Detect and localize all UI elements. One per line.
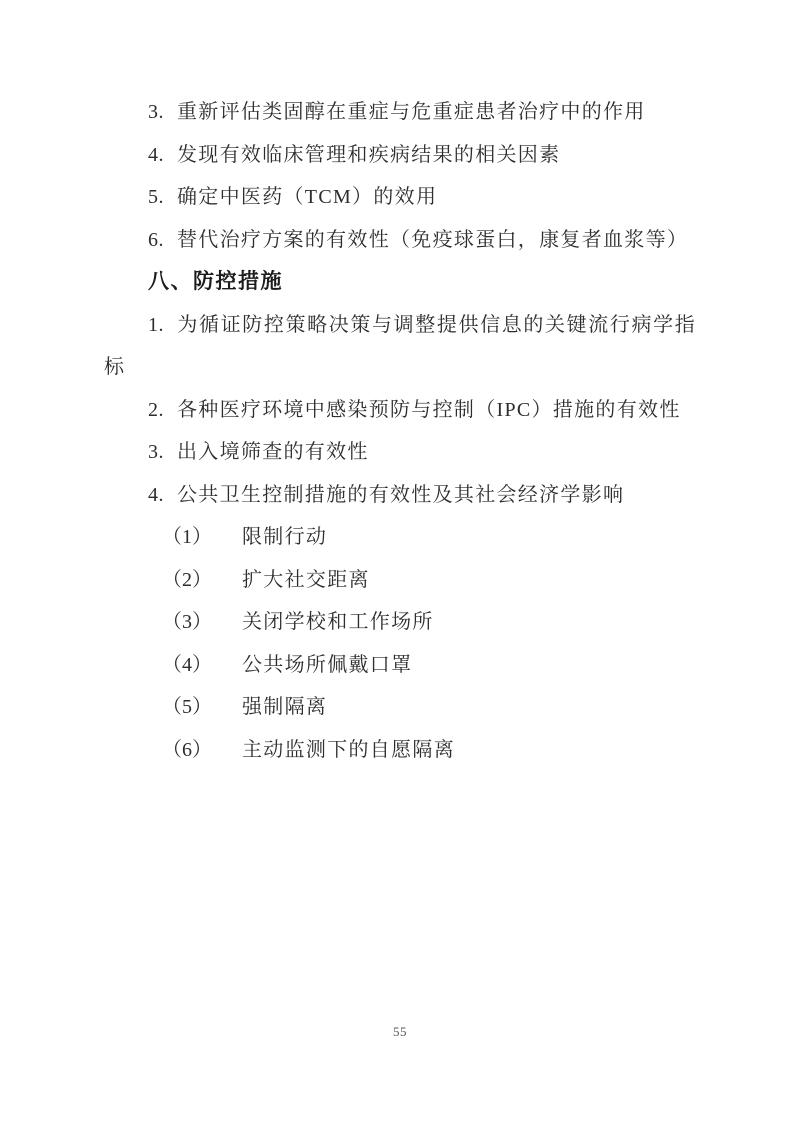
- list-item-number: 2.: [148, 399, 164, 421]
- list-item-text: 发现有效临床管理和疾病结果的相关因素: [177, 144, 560, 166]
- sub-list-item-text: 关闭学校和工作场所: [242, 611, 434, 633]
- list-item-text: 出入境筛查的有效性: [177, 441, 369, 463]
- list-item-text: 各种医疗环境中感染预防与控制（IPC）措施的有效性: [177, 399, 681, 421]
- section-heading: 八、防控措施: [104, 261, 696, 304]
- list-item: 3.重新评估类固醇在重症与危重症患者治疗中的作用: [104, 91, 696, 134]
- sub-list-item: （4）公共场所佩戴口罩: [104, 644, 696, 687]
- list-item: 2.各种医疗环境中感染预防与控制（IPC）措施的有效性: [104, 389, 696, 432]
- sub-list-item: （2）扩大社交距离: [104, 559, 696, 602]
- list-item: 1.为循证防控策略决策与调整提供信息的关键流行病学指标: [104, 304, 696, 389]
- list-item-text: 公共卫生控制措施的有效性及其社会经济学影响: [177, 484, 624, 506]
- sub-list-item-number: （2）: [162, 569, 212, 591]
- sub-list-item-number: （3）: [162, 611, 212, 633]
- list-item: 4.发现有效临床管理和疾病结果的相关因素: [104, 134, 696, 177]
- sub-list-item-text: 限制行动: [242, 526, 327, 548]
- list-item-number: 3.: [148, 441, 164, 463]
- sub-list-item: （5）强制隔离: [104, 686, 696, 729]
- list-item-number: 1.: [148, 314, 164, 336]
- sub-list-item: （3）关闭学校和工作场所: [104, 601, 696, 644]
- sub-list-item-number: （1）: [162, 526, 212, 548]
- sub-list-item-text: 扩大社交距离: [242, 569, 370, 591]
- list-item: 4.公共卫生控制措施的有效性及其社会经济学影响: [104, 474, 696, 517]
- list-item-number: 4.: [148, 144, 164, 166]
- sub-list-item: （1）限制行动: [104, 516, 696, 559]
- list-item-text: 重新评估类固醇在重症与危重症患者治疗中的作用: [177, 101, 646, 123]
- sub-list-item-number: （4）: [162, 654, 212, 676]
- page-number: 55: [0, 1024, 800, 1040]
- sub-list-item-text: 主动监测下的自愿隔离: [242, 739, 455, 761]
- list-item: 6.替代治疗方案的有效性（免疫球蛋白，康复者血浆等）: [104, 219, 696, 262]
- list-item: 3.出入境筛查的有效性: [104, 431, 696, 474]
- list-item-text: 为循证防控策略决策与调整提供信息的关键流行病学指标: [104, 314, 696, 379]
- list-item-text: 确定中医药（TCM）的效用: [177, 186, 437, 208]
- list-item-number: 3.: [148, 101, 164, 123]
- page-content: 3.重新评估类固醇在重症与危重症患者治疗中的作用 4.发现有效临床管理和疾病结果…: [104, 0, 696, 771]
- list-item: 5.确定中医药（TCM）的效用: [104, 176, 696, 219]
- sub-list-item-text: 强制隔离: [242, 696, 327, 718]
- list-item-text: 替代治疗方案的有效性（免疫球蛋白，康复者血浆等）: [177, 229, 688, 251]
- document-page: 3.重新评估类固醇在重症与危重症患者治疗中的作用 4.发现有效临床管理和疾病结果…: [0, 0, 800, 1131]
- sub-list-item: （6）主动监测下的自愿隔离: [104, 729, 696, 772]
- list-item-number: 6.: [148, 229, 164, 251]
- sub-list-item-number: （5）: [162, 696, 212, 718]
- list-item-number: 4.: [148, 484, 164, 506]
- sub-list-item-text: 公共场所佩戴口罩: [242, 654, 412, 676]
- sub-list-item-number: （6）: [162, 739, 212, 761]
- list-item-number: 5.: [148, 186, 164, 208]
